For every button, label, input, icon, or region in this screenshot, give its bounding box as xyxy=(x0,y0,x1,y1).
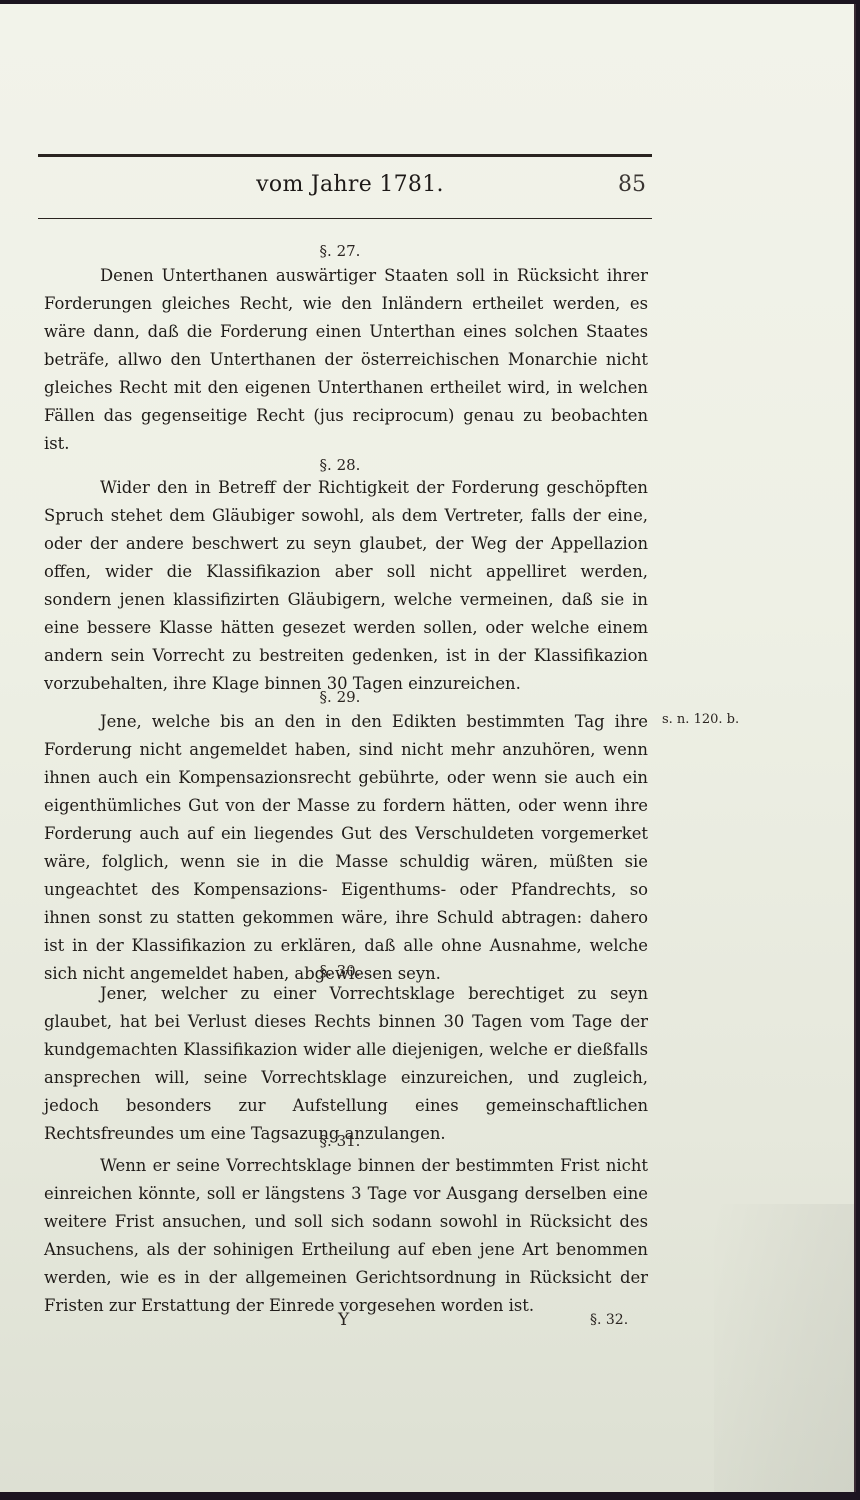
section-text-28: Wider den in Betreff der Richtigkeit der… xyxy=(44,474,648,698)
section-text-27: Denen Unterthanen auswärtiger Staaten so… xyxy=(44,262,648,458)
section-heading-31: §. 31. xyxy=(0,1132,680,1150)
header-rule-top xyxy=(38,154,652,157)
section-heading-29: §. 29. xyxy=(0,688,680,706)
running-header-title: vom Jahre 1781. xyxy=(0,172,700,197)
page-number: 85 xyxy=(618,172,646,197)
section-text-29: Jene, welche bis an den in den Edikten b… xyxy=(44,708,648,988)
book-page: vom Jahre 1781. 85 §. 27. Denen Untertha… xyxy=(0,4,856,1492)
signature-mark: Y xyxy=(338,1310,349,1330)
section-heading-30: §. 30. xyxy=(0,962,680,980)
margin-note: s. n. 120. b. xyxy=(662,712,739,727)
section-heading-28: §. 28. xyxy=(0,456,680,474)
catchword: §. 32. xyxy=(590,1312,628,1328)
section-text-30: Jener, welcher zu einer Vorrechtsklage b… xyxy=(44,980,648,1148)
section-heading-27: §. 27. xyxy=(0,242,680,260)
header-rule-bottom xyxy=(38,218,652,219)
section-text-31: Wenn er seine Vorrechtsklage binnen der … xyxy=(44,1152,648,1320)
